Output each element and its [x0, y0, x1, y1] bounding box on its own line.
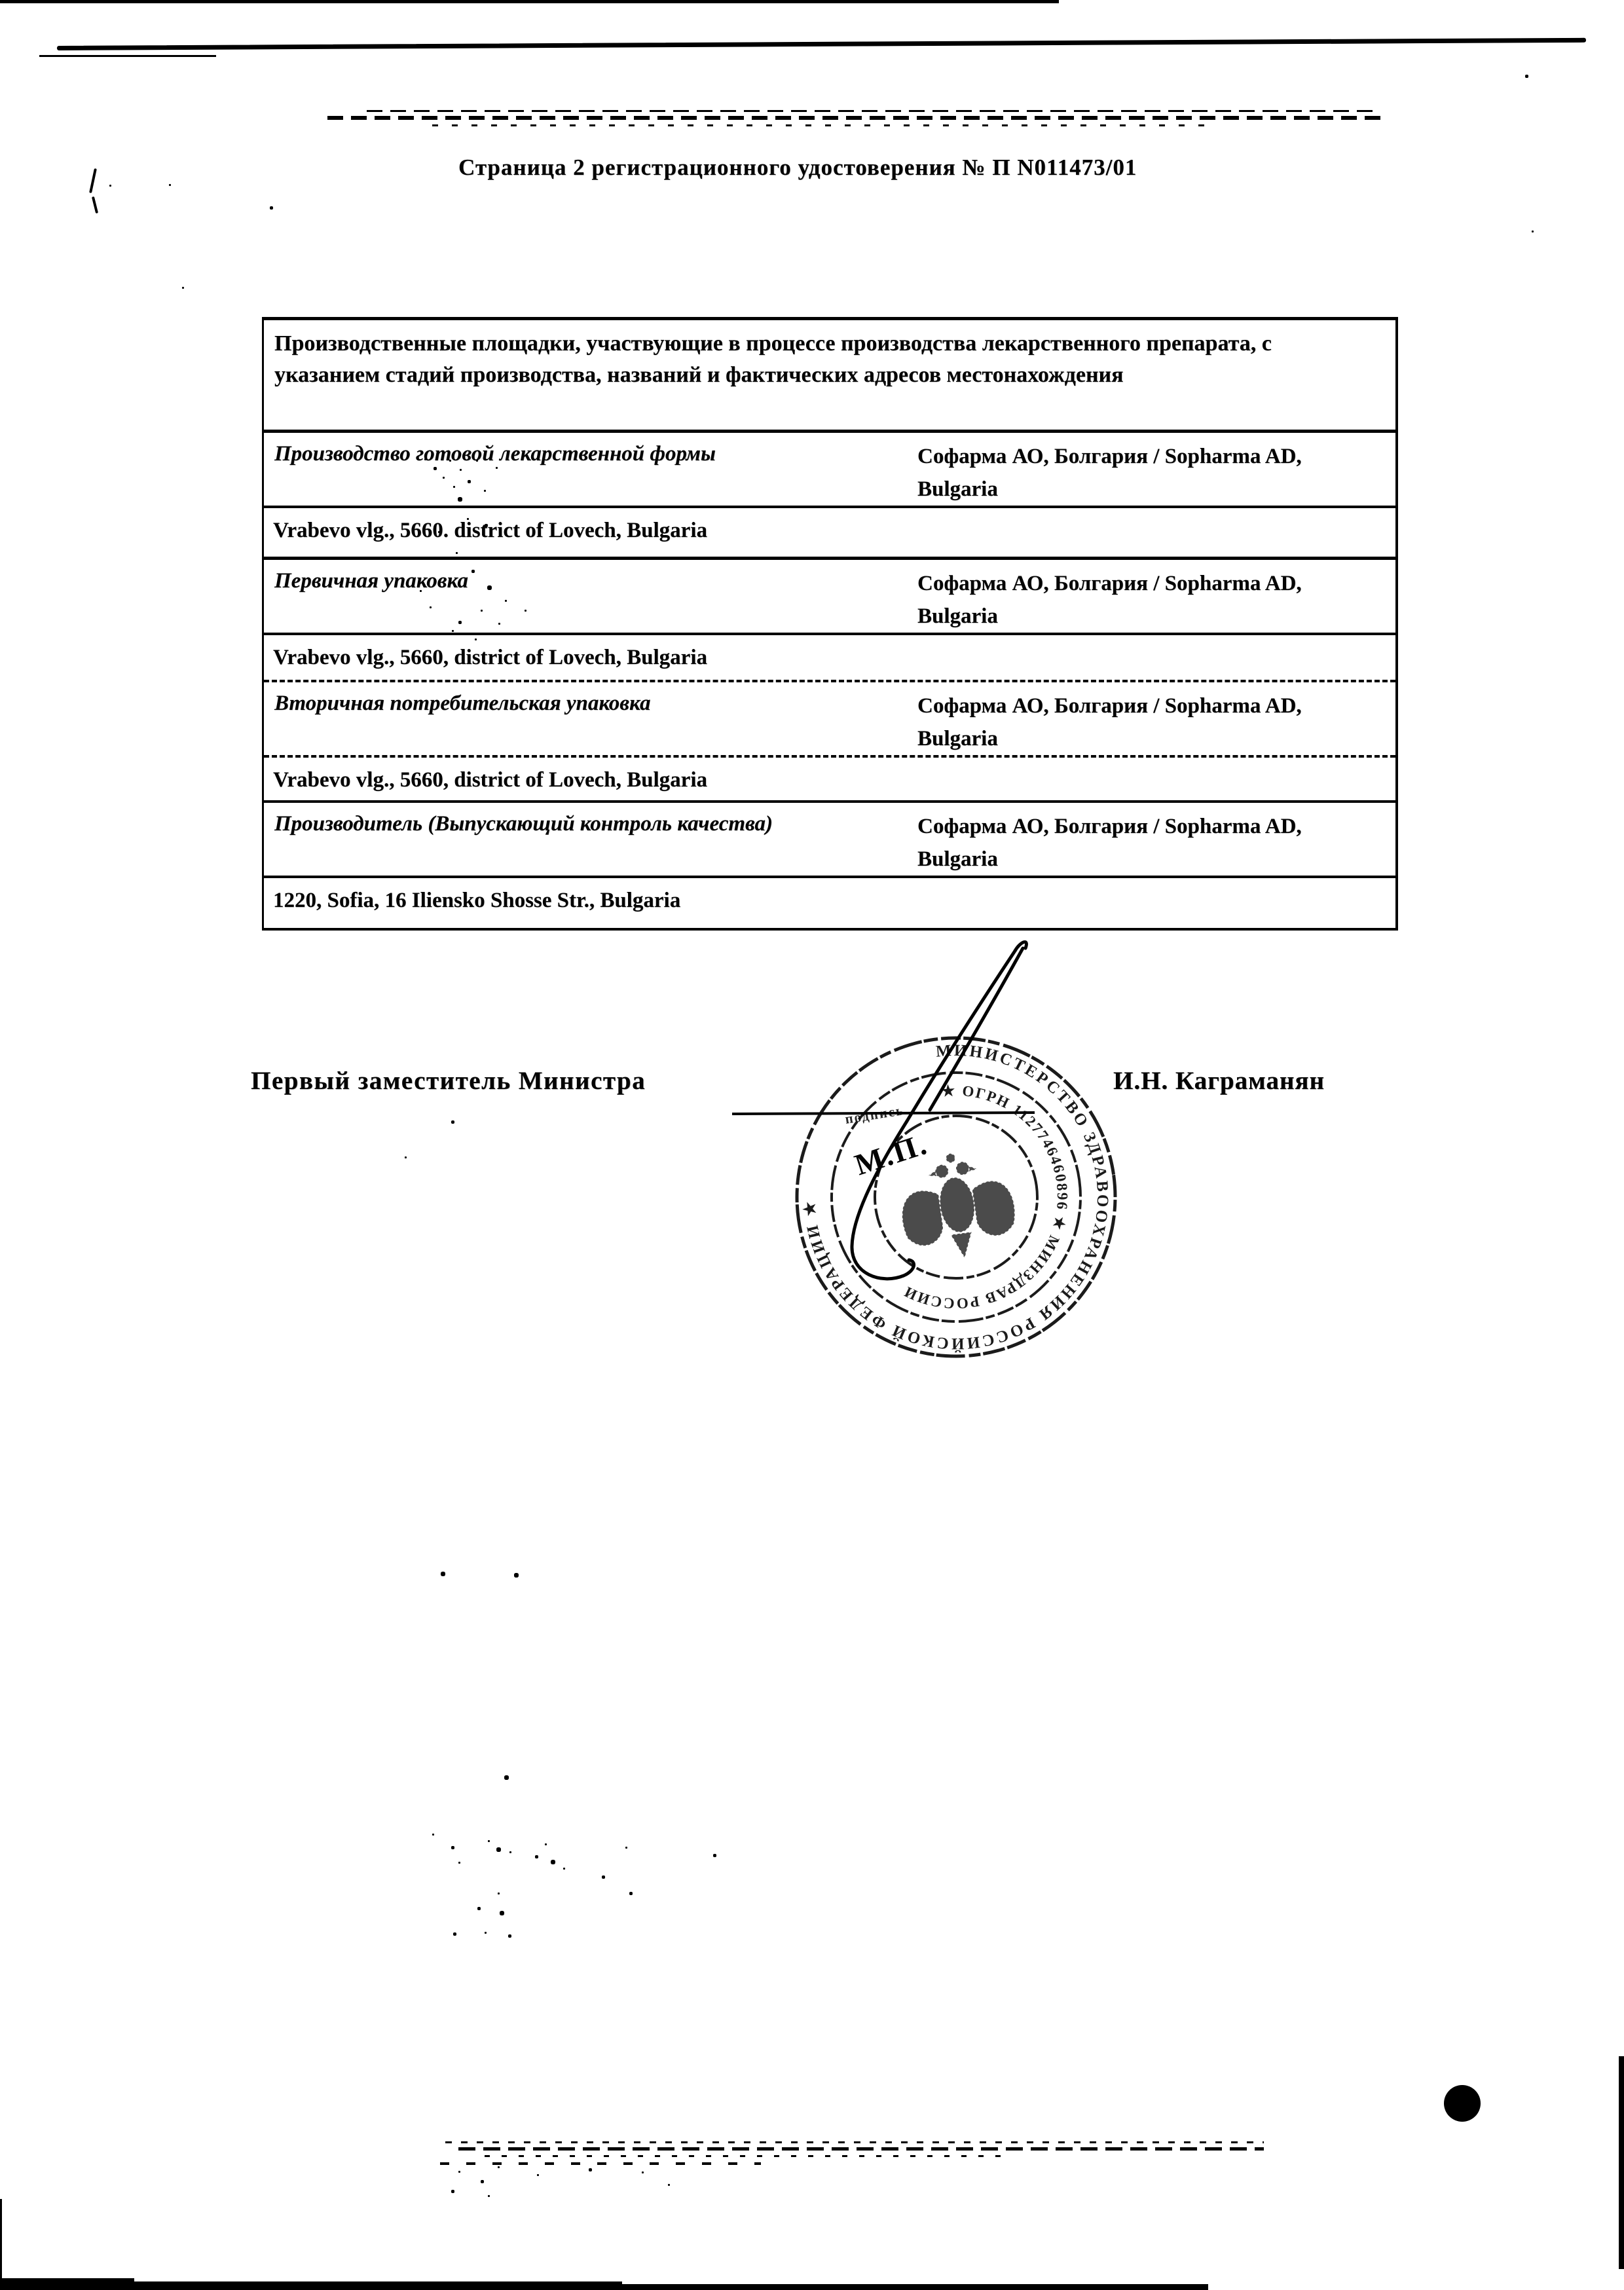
scan-artifact-dashed-line-3 [432, 124, 1218, 126]
stage-cell: Производство готовой лекарственной формы [264, 433, 903, 506]
scan-speck-slash [89, 168, 97, 193]
table-row-stage: Вторичная потребительская упаковка Софар… [264, 680, 1395, 755]
table-row-stage: Производство готовой лекарственной формы… [264, 430, 1395, 506]
manufacturer-cell: Софарма АО, Болгария / Sopharma AD, Bulg… [903, 433, 1350, 506]
manufacturer-cell: Софарма АО, Болгария / Sopharma AD, Bulg… [903, 560, 1350, 633]
production-sites-table: Производственные площадки, участвующие в… [262, 317, 1398, 931]
scan-artifact-right-edge-bar [1619, 2056, 1624, 2269]
scan-artifact-left-edge-line [0, 2199, 2, 2290]
stage-cell: Первичная упаковка [264, 560, 903, 633]
scan-artifact-top-bar [0, 0, 1059, 3]
address-cell: Vrabevo vlg., 5660, district of Lovech, … [264, 635, 1321, 680]
scanned-certificate-page: Страница 2 регистрационного удостоверени… [0, 0, 1624, 2290]
stage-cell: Вторичная потребительская упаковка [264, 682, 903, 755]
scan-artifact-short-line [39, 55, 216, 57]
stage-cell: Производитель (Выпускающий контроль каче… [264, 803, 903, 876]
scan-artifact-footer-dash-2 [458, 2147, 1264, 2151]
address-cell: Vrabevo vlg., 5660, district of Lovech, … [264, 758, 1321, 800]
page-title: Страница 2 регистрационного удостоверени… [458, 155, 1137, 181]
table-header: Производственные площадки, участвующие в… [264, 320, 1395, 430]
signatory-title: Первый заместитель Министра [251, 1066, 646, 1096]
scan-artifact-slanted-line [57, 38, 1586, 50]
scan-artifact-bottom-bar-3 [0, 2284, 1208, 2290]
handwritten-signature [786, 917, 1113, 1310]
scan-speck-backslash [92, 196, 98, 213]
table-row-address: Vrabevo vlg., 5660. district of Lovech, … [264, 506, 1395, 557]
scan-speckles-lower [0, 0, 2, 2]
scan-artifact-dashed-line-2 [327, 116, 1383, 120]
manufacturer-cell: Софарма АО, Болгария / Sopharma AD, Bulg… [903, 682, 1350, 755]
scan-artifact-footer-dash-1 [445, 2141, 1264, 2143]
table-row-address: Vrabevo vlg., 5660, district of Lovech, … [264, 633, 1395, 680]
scan-black-dot [1444, 2085, 1481, 2122]
signatory-name: И.Н. Каграманян [1113, 1066, 1325, 1096]
manufacturer-cell: Софарма АО, Болгария / Sopharma AD, Bulg… [903, 803, 1350, 876]
scan-artifact-dashed-line-1 [367, 110, 1375, 112]
address-cell: Vrabevo vlg., 5660. district of Lovech, … [264, 508, 1321, 557]
table-row-stage: Производитель (Выпускающий контроль каче… [264, 800, 1395, 876]
table-row-stage: Первичная упаковка Софарма АО, Болгария … [264, 557, 1395, 633]
table-row-address: Vrabevo vlg., 5660, district of Lovech, … [264, 755, 1395, 800]
scan-artifact-footer-dash-4 [440, 2162, 761, 2165]
scan-artifact-footer-dash-3 [485, 2155, 1008, 2157]
